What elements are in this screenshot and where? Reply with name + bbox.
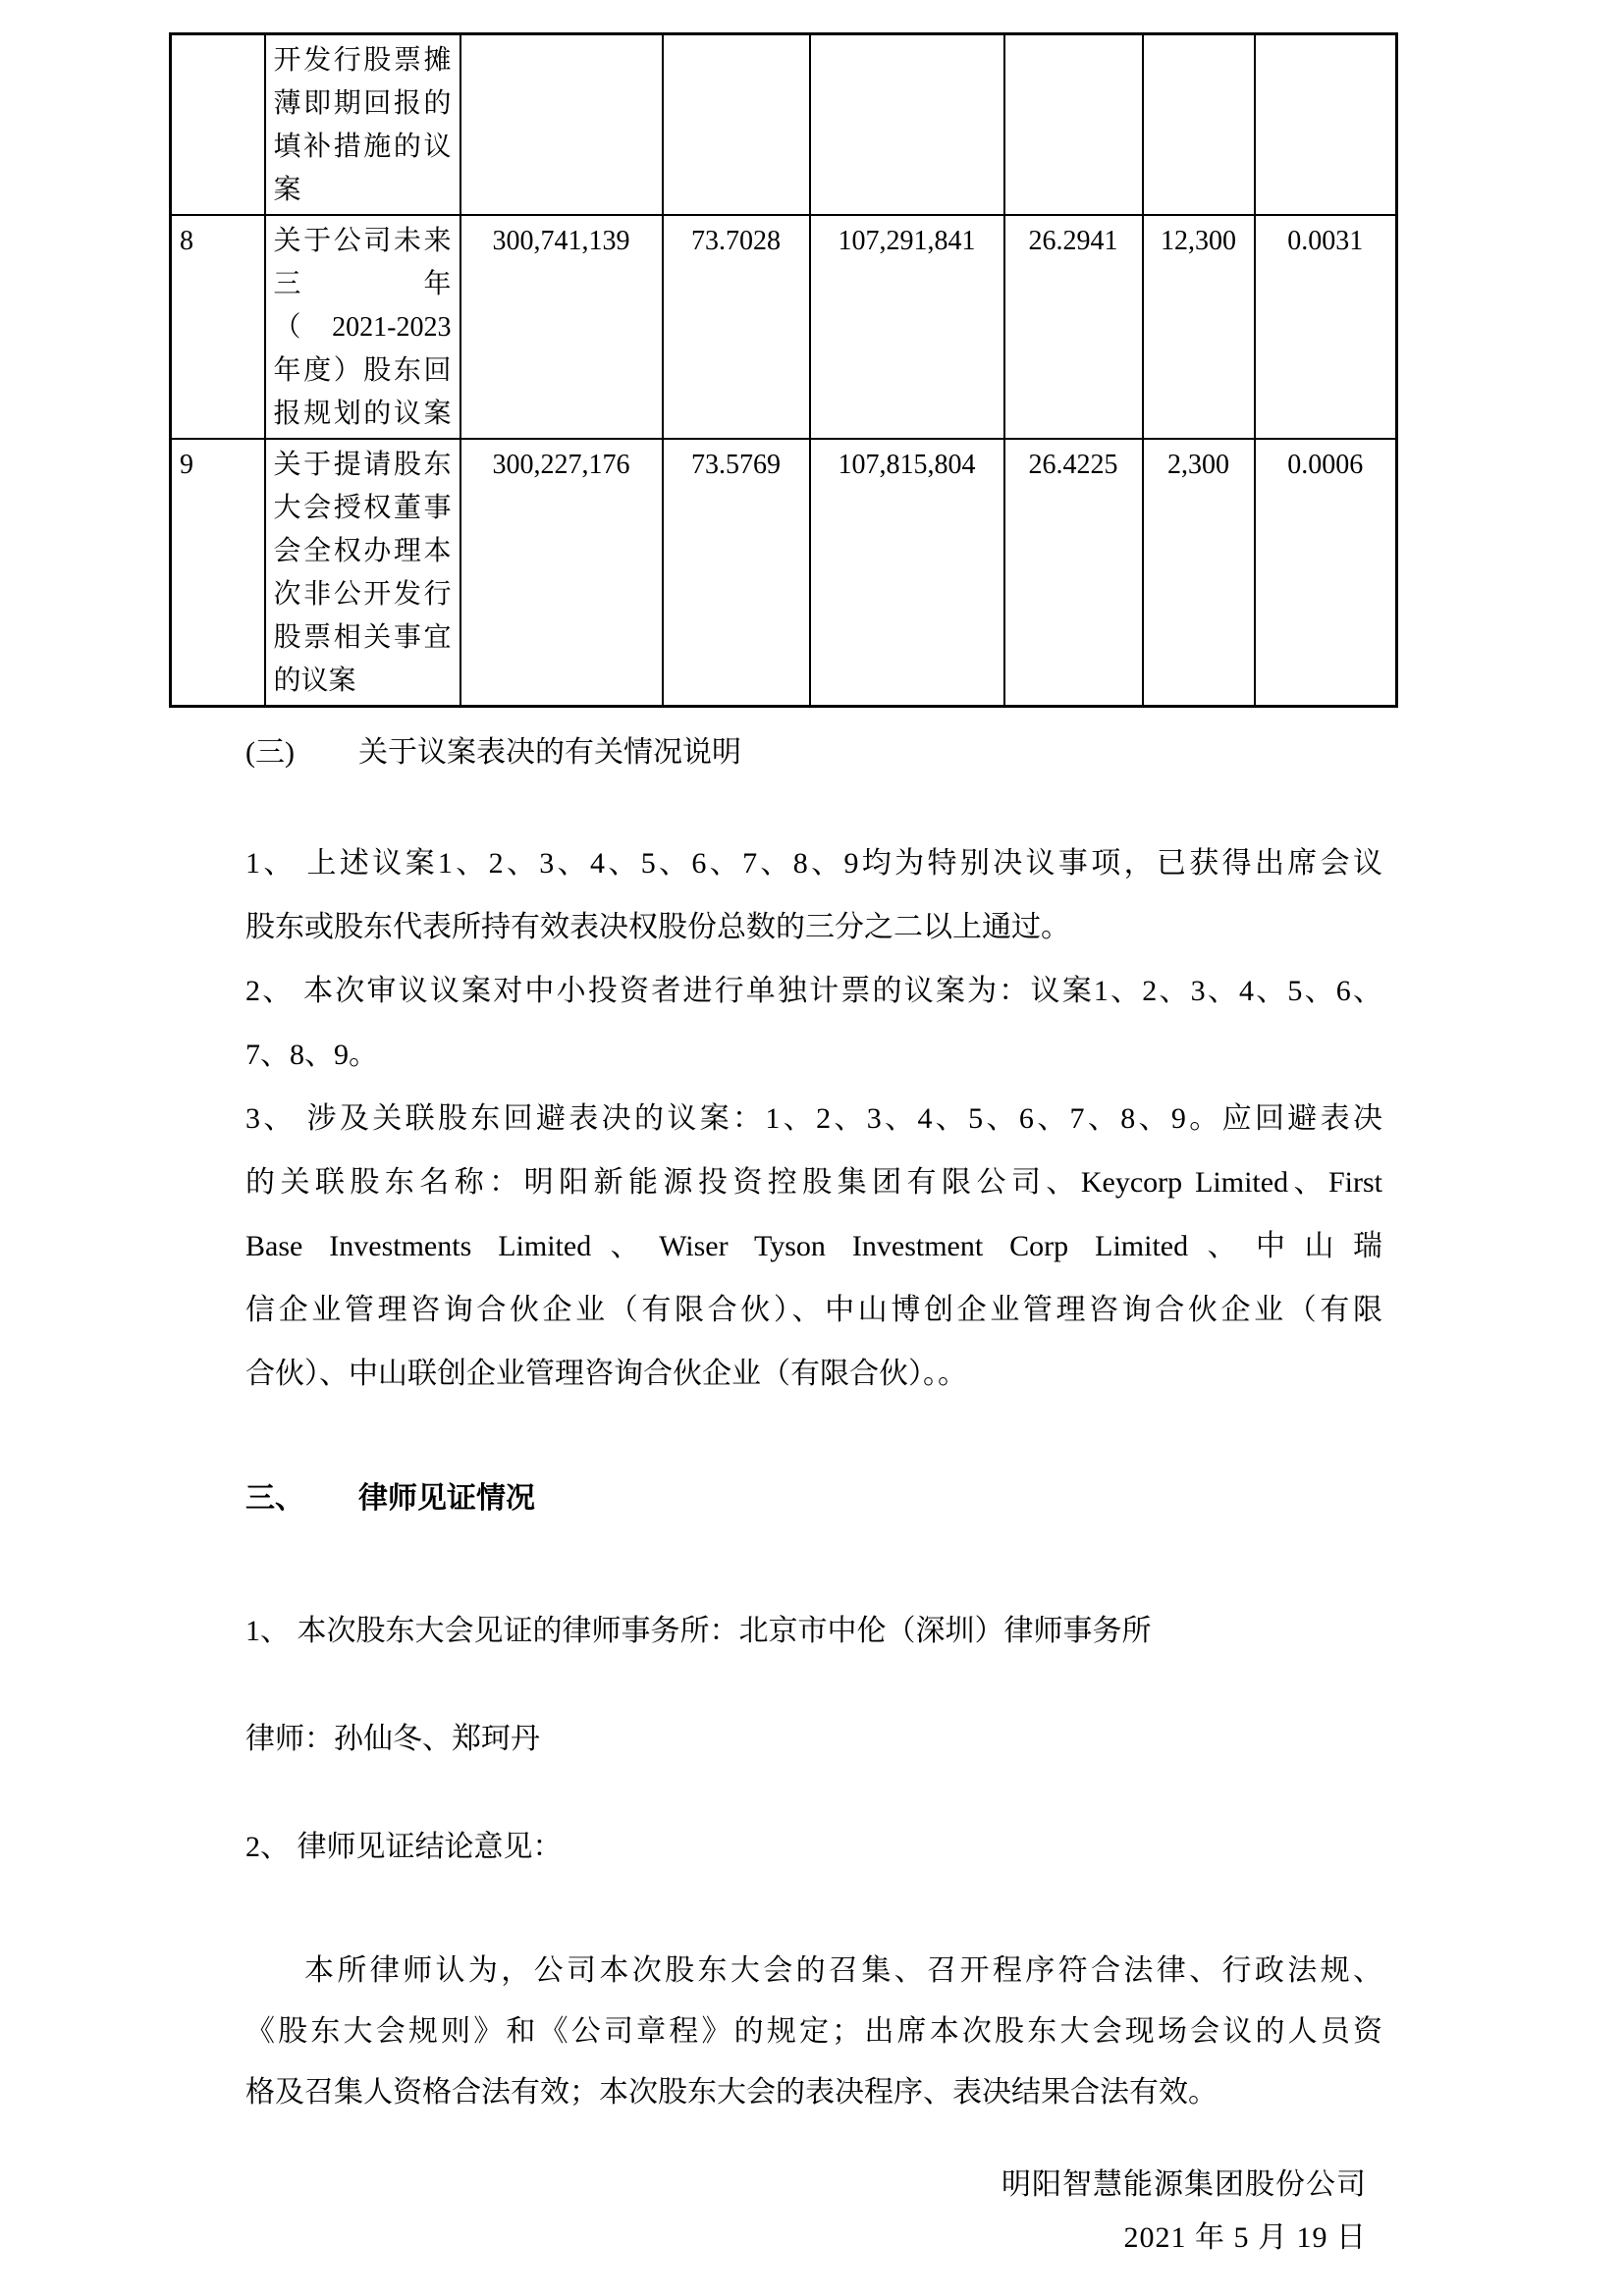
paragraph-line: 1、 上述议案1、2、3、4、5、6、7、8、9均为特别决议事项，已获得出席会议 (245, 831, 1382, 895)
paragraph-line: 股东或股东代表所持有效表决权股份总数的三分之二以上通过。 (245, 895, 1382, 959)
row8-title-line: 三年 (274, 263, 452, 306)
row8-title-line: 关于公司未来 (274, 220, 452, 263)
row9-agree-ratio: 73.5769 (663, 439, 810, 707)
row9-against-ratio: 26.4225 (1004, 439, 1143, 707)
row7-title-line: 薄即期回报的 (274, 82, 452, 126)
conclusion-line: 格及召集人资格合法有效；本次股东大会的表决程序、表决结果合法有效。 (245, 2062, 1382, 2123)
row7-title-line: 案 (274, 169, 452, 212)
row8-abstain-shares: 12,300 (1143, 215, 1255, 439)
row8-agree-ratio: 73.7028 (663, 215, 810, 439)
row8-against-ratio: 26.2941 (1004, 215, 1143, 439)
row8-title-cell: 关于公司未来 三年 （2021-2023 年度）股东回 报规划的议案 (265, 215, 460, 439)
row9-abstain-ratio: 0.0006 (1255, 439, 1397, 707)
section-vote-note-heading: (三)关于议案表决的有关情况说明 (245, 737, 741, 769)
row9-title-line: 次非公开发行 (274, 573, 452, 616)
section-lawyer-marker: 三、 (245, 1483, 358, 1515)
table-row-8: 8 关于公司未来 三年 （2021-2023 年度）股东回 报规划的议案 300… (171, 215, 1397, 439)
lawyer-conclusion-paragraph: 本所律师认为，公司本次股东大会的召集、召开程序符合法律、行政法规、 《股东大会规… (245, 1941, 1382, 2123)
row7-abstain-shares (1143, 34, 1255, 216)
row9-abstain-shares: 2,300 (1143, 439, 1255, 707)
row9-agree-shares: 300,227,176 (460, 439, 663, 707)
row7-abstain-ratio (1255, 34, 1397, 216)
row7-title-cell: 开发行股票摊 薄即期回报的 填补措施的议 案 (265, 34, 460, 216)
document-page: 开发行股票摊 薄即期回报的 填补措施的议 案 8 关于公司未来 三年 （2021… (0, 0, 1624, 2296)
row7-against-ratio (1004, 34, 1143, 216)
lawyer-firm-line: 1、 本次股东大会见证的律师事务所：北京市中伦（深圳）律师事务所 (245, 1616, 1152, 1647)
row9-title-line: 关于提请股东 (274, 444, 452, 487)
row8-number-cell: 8 (171, 215, 265, 439)
row7-against-shares (810, 34, 1004, 216)
paragraph-line: 信企业管理咨询合伙企业（有限合伙）、中山博创企业管理咨询合伙企业（有限 (245, 1278, 1382, 1342)
paragraph-line: 3、 涉及关联股东回避表决的议案：1、2、3、4、5、6、7、8、9。应回避表决 (245, 1087, 1382, 1150)
paragraph-line: 2、 本次审议议案对中小投资者进行单独计票的议案为：议案1、2、3、4、5、6、 (245, 959, 1382, 1023)
row8-title-line: 报规划的议案 (274, 393, 452, 436)
paragraph-line: Base Investments Limited、Wiser Tyson Inv… (245, 1214, 1382, 1278)
table-row-7-continued: 开发行股票摊 薄即期回报的 填补措施的议 案 (171, 34, 1397, 216)
row9-title-line: 股票相关事宜 (274, 616, 452, 660)
row7-agree-shares (460, 34, 663, 216)
resolution-vote-table: 开发行股票摊 薄即期回报的 填补措施的议 案 8 关于公司未来 三年 （2021… (169, 32, 1398, 708)
section-vote-note-marker: (三) (245, 737, 358, 769)
row8-agree-shares: 300,741,139 (460, 215, 663, 439)
row7-title-line: 开发行股票摊 (274, 39, 452, 82)
section-lawyer-heading: 三、律师见证情况 (245, 1483, 535, 1515)
row8-abstain-ratio: 0.0031 (1255, 215, 1397, 439)
signature-date: 2021 年 5 月 19 日 (245, 2212, 1367, 2265)
row8-title-line: （2021-2023 (274, 306, 452, 349)
row9-title-line: 大会授权董事 (274, 487, 452, 530)
paragraph-line: 7、8、9。 (245, 1023, 1382, 1087)
row8-title-line: 年度）股东回 (274, 349, 452, 393)
row9-against-shares: 107,815,804 (810, 439, 1004, 707)
signature-block: 明阳智慧能源集团股份公司 2021 年 5 月 19 日 (245, 2159, 1367, 2265)
vote-note-paragraphs: 1、 上述议案1、2、3、4、5、6、7、8、9均为特别决议事项，已获得出席会议… (245, 831, 1382, 1406)
row9-number-cell: 9 (171, 439, 265, 707)
lawyer-opinion-label: 2、 律师见证结论意见： (245, 1832, 563, 1863)
paragraph-line: 的关联股东名称：明阳新能源投资控股集团有限公司、Keycorp Limited、… (245, 1150, 1382, 1214)
section-lawyer-title: 律师见证情况 (358, 1482, 535, 1515)
row7-number-cell (171, 34, 265, 216)
row9-title-cell: 关于提请股东 大会授权董事 会全权办理本 次非公开发行 股票相关事宜 的议案 (265, 439, 460, 707)
row7-title-line: 填补措施的议 (274, 126, 452, 169)
conclusion-line: 本所律师认为，公司本次股东大会的召集、召开程序符合法律、行政法规、 (245, 1941, 1382, 2002)
signature-company: 明阳智慧能源集团股份公司 (245, 2159, 1367, 2212)
paragraph-line: 合伙）、中山联创企业管理咨询合伙企业（有限合伙）。。 (245, 1342, 1382, 1406)
row9-title-line: 会全权办理本 (274, 530, 452, 573)
row8-against-shares: 107,291,841 (810, 215, 1004, 439)
conclusion-line: 《股东大会规则》和《公司章程》的规定；出席本次股东大会现场会议的人员资 (245, 2002, 1382, 2062)
lawyer-names-line: 律师：孙仙冬、郑珂丹 (245, 1724, 540, 1755)
row7-agree-ratio (663, 34, 810, 216)
row9-title-line: 的议案 (274, 660, 452, 703)
section-vote-note-title: 关于议案表决的有关情况说明 (358, 736, 741, 769)
table-row-9: 9 关于提请股东 大会授权董事 会全权办理本 次非公开发行 股票相关事宜 的议案… (171, 439, 1397, 707)
